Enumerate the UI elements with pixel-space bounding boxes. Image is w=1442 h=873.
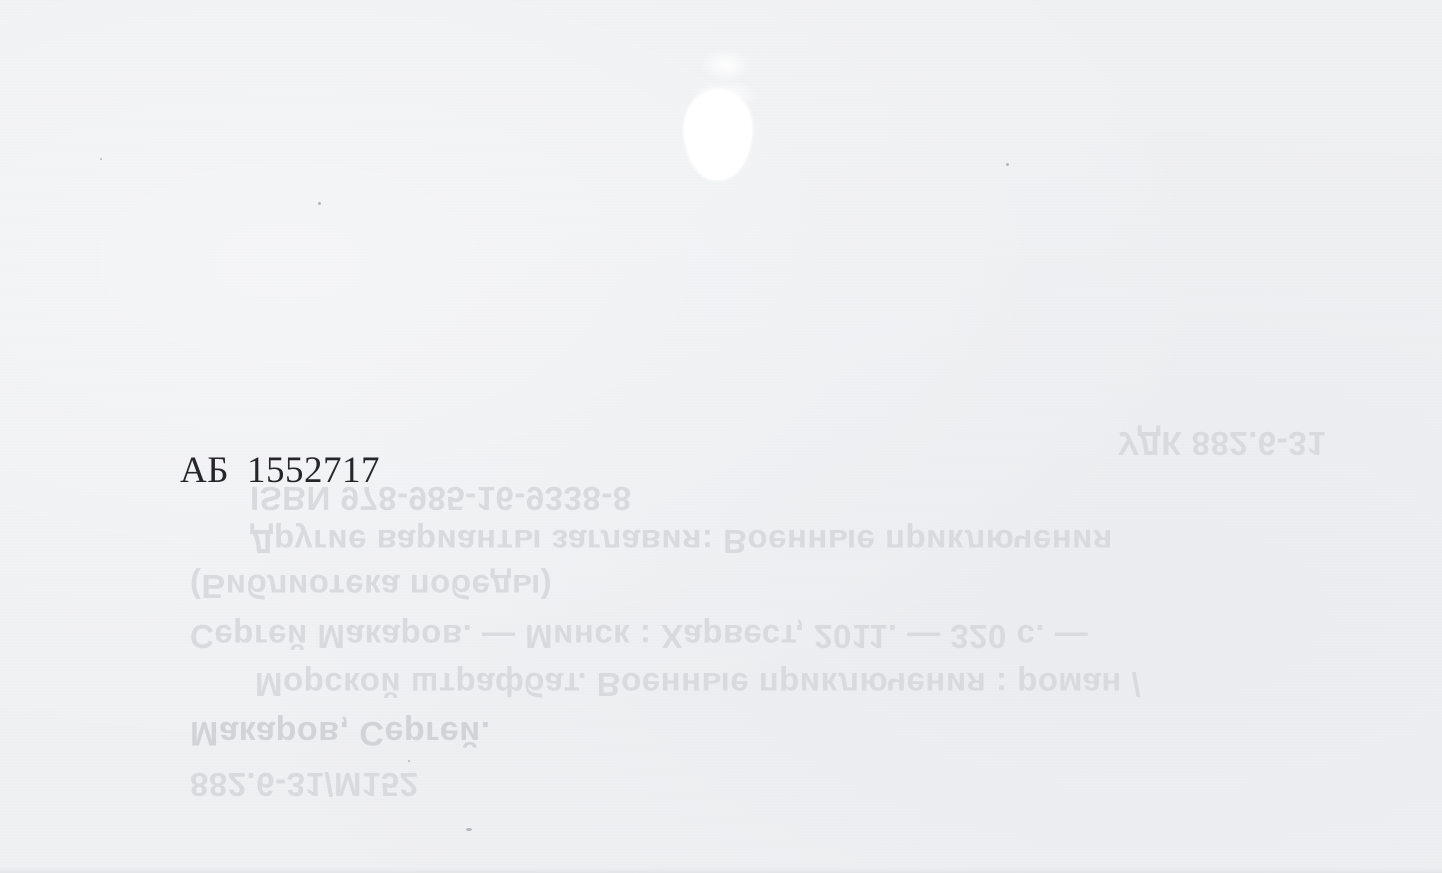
paper-speck bbox=[466, 828, 472, 831]
bleed-author: Макаров, Сергей. bbox=[190, 716, 491, 750]
bleed-udk: УДК 882.6-31 bbox=[1118, 427, 1326, 460]
inventory-number: АБ1552717 bbox=[180, 452, 380, 489]
card-bottom-edge bbox=[0, 867, 1442, 873]
inventory-digits: 1552717 bbox=[247, 450, 380, 491]
inventory-series: АБ bbox=[180, 450, 229, 491]
bleed-title: Морской штрафбат. Военные приключения : … bbox=[255, 668, 1141, 701]
paper-speck bbox=[1006, 163, 1009, 166]
bleed-responsibility: Сергей Макаров. — Минск : Харвест, 2011.… bbox=[190, 620, 1088, 653]
bleed-series: (Библиотека победы) bbox=[190, 570, 552, 603]
paper-speck bbox=[408, 760, 410, 762]
punch-hole-tear bbox=[700, 48, 752, 82]
bleed-shelf-mark: 882.6-31/М152 bbox=[190, 768, 419, 801]
bleed-other-title: Другие варианты заглавия: Военные приклю… bbox=[250, 525, 1113, 558]
paper-speck bbox=[100, 158, 102, 160]
punch-hole bbox=[684, 90, 752, 180]
paper-speck bbox=[318, 202, 321, 205]
catalog-card: УДК 882.6-31 ISBN 978-985-16-9338-8 Друг… bbox=[0, 0, 1442, 873]
